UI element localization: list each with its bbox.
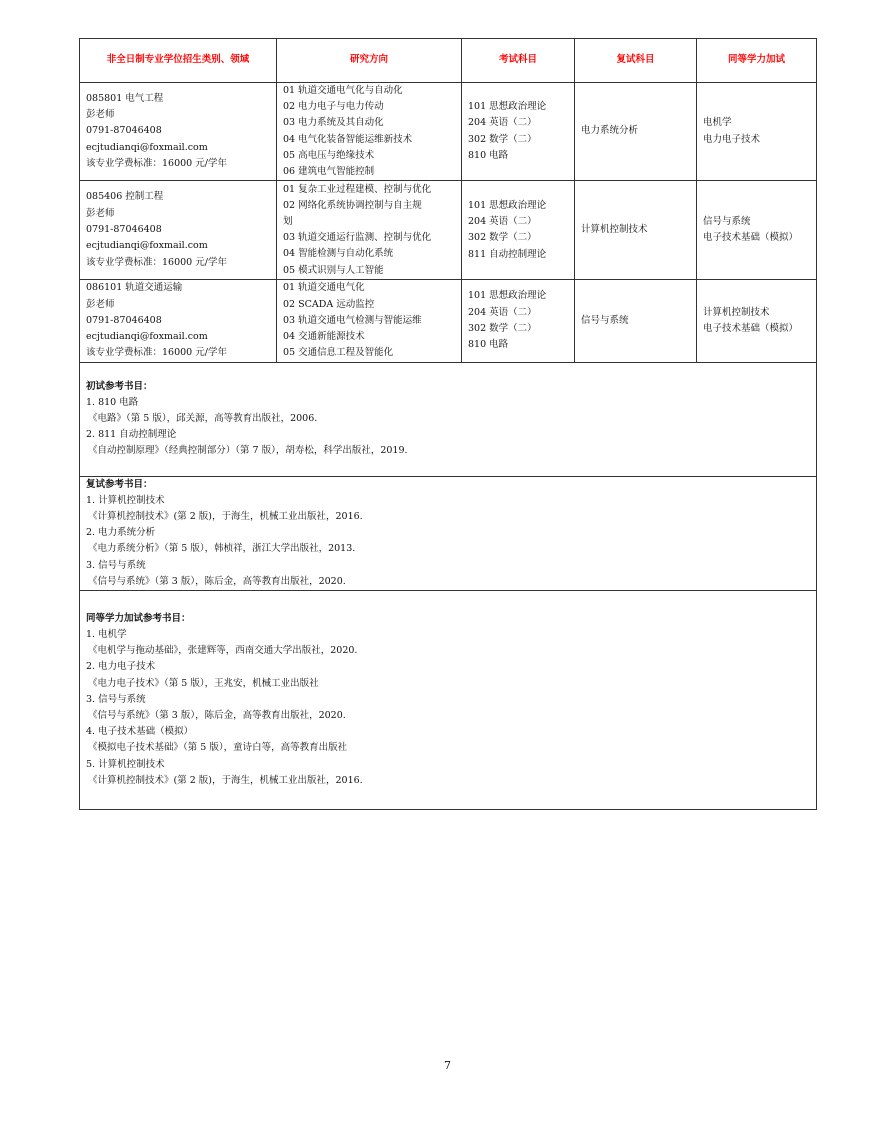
direction-item: 01 复杂工业过程建模、控制与优化 xyxy=(283,182,455,198)
exam-item: 302 数学（二） xyxy=(468,321,568,337)
reference-subject: 2. 811 自动控制理论 xyxy=(86,427,810,443)
header-retest-subjects: 复试科目 xyxy=(575,39,697,83)
contact-name: 彭老师 xyxy=(86,107,270,123)
contact-email: ecjtudianqi@foxmail.com xyxy=(86,140,270,156)
reference-book: 《计算机控制技术》(第 2 版)，于海生，机械工业出版社，2016. xyxy=(86,509,810,525)
direction-item: 06 建筑电气智能控制 xyxy=(283,164,455,180)
exam-item: 204 英语（二） xyxy=(468,305,568,321)
direction-item: 02 网络化系统协调控制与自主规 xyxy=(283,198,455,214)
program-cell: 086101 轨道交通运输 彭老师 0791-87046408 ecjtudia… xyxy=(80,280,277,362)
exams-cell: 101 思想政治理论 204 英语（二） 302 数学（二） 810 电路 xyxy=(462,280,575,362)
reference-subject: 2. 电力电子技术 xyxy=(86,659,810,675)
extra-cell: 电机学 电力电子技术 xyxy=(697,83,817,181)
direction-item: 03 轨道交通电气检测与智能运维 xyxy=(283,313,455,329)
contact-email: ecjtudianqi@foxmail.com xyxy=(86,329,270,345)
retest-subject: 电力系统分析 xyxy=(581,123,690,139)
header-equivalent-extra: 同等学力加试 xyxy=(697,39,817,83)
section-row: 初试参考书目： 1. 810 电路 《电路》（第 5 版），邱关源，高等教育出版… xyxy=(80,362,817,476)
program-cell: 085801 电气工程 彭老师 0791-87046408 ecjtudianq… xyxy=(80,83,277,181)
reference-subject: 1. 计算机控制技术 xyxy=(86,493,810,509)
retest-cell: 电力系统分析 xyxy=(575,83,697,181)
extra-item: 计算机控制技术 xyxy=(703,305,810,321)
retest-references-section: 复试参考书目： 1. 计算机控制技术 《计算机控制技术》(第 2 版)，于海生，… xyxy=(80,476,817,590)
reference-subject: 1. 电机学 xyxy=(86,627,810,643)
contact-name: 彭老师 xyxy=(86,297,270,313)
direction-item: 04 交通新能源技术 xyxy=(283,329,455,345)
equivalent-references-section: 同等学力加试参考书目： 1. 电机学 《电机学与拖动基础》，张建辉等，西南交通大… xyxy=(80,590,817,809)
contact-name: 彭老师 xyxy=(86,206,270,222)
reference-subject: 3. 信号与系统 xyxy=(86,558,810,574)
directions-cell: 01 轨道交通电气化 02 SCADA 远动监控 03 轨道交通电气检测与智能运… xyxy=(277,280,462,362)
direction-item: 02 SCADA 远动监控 xyxy=(283,297,455,313)
reference-book: 《自动控制原理》（经典控制部分）（第 7 版），胡寿松，科学出版社，2019. xyxy=(86,443,810,459)
retest-subject: 计算机控制技术 xyxy=(581,222,690,238)
contact-phone: 0791-87046408 xyxy=(86,313,270,329)
reference-subject: 3. 信号与系统 xyxy=(86,692,810,708)
direction-item: 03 轨道交通运行监测、控制与优化 xyxy=(283,230,455,246)
exams-cell: 101 思想政治理论 204 英语（二） 302 数学（二） 811 自动控制理… xyxy=(462,181,575,280)
direction-item: 04 智能检测与自动化系统 xyxy=(283,246,455,262)
direction-item: 04 电气化装备智能运维新技术 xyxy=(283,132,455,148)
exam-item: 101 思想政治理论 xyxy=(468,288,568,304)
exams-cell: 101 思想政治理论 204 英语（二） 302 数学（二） 810 电路 xyxy=(462,83,575,181)
direction-item: 05 模式识别与人工智能 xyxy=(283,263,455,279)
extra-item: 信号与系统 xyxy=(703,214,810,230)
reference-book: 《电机学与拖动基础》，张建辉等，西南交通大学出版社，2020. xyxy=(86,643,810,659)
direction-item: 划 xyxy=(283,214,455,230)
exam-item: 204 英语（二） xyxy=(468,214,568,230)
extra-item: 电力电子技术 xyxy=(703,132,810,148)
section-title: 同等学力加试参考书目： xyxy=(86,611,810,627)
page-number: 7 xyxy=(0,1059,895,1072)
contact-phone: 0791-87046408 xyxy=(86,123,270,139)
reference-subject: 4. 电子技术基础（模拟） xyxy=(86,724,810,740)
prelim-references-section: 初试参考书目： 1. 810 电路 《电路》（第 5 版），邱关源，高等教育出版… xyxy=(80,362,817,476)
header-exam-subjects: 考试科目 xyxy=(462,39,575,83)
document-page: 非全日制专业学位招生类别、领域 研究方向 考试科目 复试科目 同等学力加试 08… xyxy=(0,0,895,1141)
direction-item: 01 轨道交通电气化 xyxy=(283,280,455,296)
table-row: 086101 轨道交通运输 彭老师 0791-87046408 ecjtudia… xyxy=(80,280,817,362)
reference-book: 《电力电子技术》（第 5 版），王兆安，机械工业出版社 xyxy=(86,676,810,692)
extra-item: 电子技术基础（模拟） xyxy=(703,321,810,337)
tuition: 该专业学费标准：16000 元/学年 xyxy=(86,156,270,172)
admissions-table: 非全日制专业学位招生类别、领域 研究方向 考试科目 复试科目 同等学力加试 08… xyxy=(79,38,817,810)
program-code-name: 085801 电气工程 xyxy=(86,91,270,107)
reference-book: 《模拟电子技术基础》（第 5 版），童诗白等，高等教育出版社 xyxy=(86,740,810,756)
tuition: 该专业学费标准：16000 元/学年 xyxy=(86,345,270,361)
table-row: 085406 控制工程 彭老师 0791-87046408 ecjtudianq… xyxy=(80,181,817,280)
extra-cell: 信号与系统 电子技术基础（模拟） xyxy=(697,181,817,280)
extra-item: 电机学 xyxy=(703,115,810,131)
reference-book: 《电力系统分析》（第 5 版），韩桢祥，浙江大学出版社，2013. xyxy=(86,541,810,557)
reference-book: 《信号与系统》（第 3 版），陈后金，高等教育出版社，2020. xyxy=(86,708,810,724)
exam-item: 204 英语（二） xyxy=(468,115,568,131)
directions-cell: 01 复杂工业过程建模、控制与优化 02 网络化系统协调控制与自主规 划 03 … xyxy=(277,181,462,280)
exam-item: 810 电路 xyxy=(468,148,568,164)
reference-subject: 2. 电力系统分析 xyxy=(86,525,810,541)
exam-item: 302 数学（二） xyxy=(468,132,568,148)
reference-subject: 5. 计算机控制技术 xyxy=(86,757,810,773)
reference-subject: 1. 810 电路 xyxy=(86,395,810,411)
section-row: 复试参考书目： 1. 计算机控制技术 《计算机控制技术》(第 2 版)，于海生，… xyxy=(80,476,817,590)
direction-item: 02 电力电子与电力传动 xyxy=(283,99,455,115)
reference-book: 《电路》（第 5 版），邱关源，高等教育出版社，2006. xyxy=(86,411,810,427)
contact-phone: 0791-87046408 xyxy=(86,222,270,238)
exam-item: 101 思想政治理论 xyxy=(468,198,568,214)
extra-item: 电子技术基础（模拟） xyxy=(703,230,810,246)
direction-item: 05 高电压与绝缘技术 xyxy=(283,148,455,164)
header-category: 非全日制专业学位招生类别、领域 xyxy=(80,39,277,83)
direction-item: 05 交通信息工程及智能化 xyxy=(283,345,455,361)
program-code-name: 086101 轨道交通运输 xyxy=(86,280,270,296)
exam-item: 811 自动控制理论 xyxy=(468,247,568,263)
exam-item: 810 电路 xyxy=(468,337,568,353)
exam-item: 101 思想政治理论 xyxy=(468,99,568,115)
section-title: 复试参考书目： xyxy=(86,477,810,493)
retest-cell: 计算机控制技术 xyxy=(575,181,697,280)
table-header-row: 非全日制专业学位招生类别、领域 研究方向 考试科目 复试科目 同等学力加试 xyxy=(80,39,817,83)
retest-subject: 信号与系统 xyxy=(581,313,690,329)
reference-book: 《计算机控制技术》(第 2 版)，于海生，机械工业出版社，2016. xyxy=(86,773,810,789)
program-cell: 085406 控制工程 彭老师 0791-87046408 ecjtudianq… xyxy=(80,181,277,280)
section-title: 初试参考书目： xyxy=(86,379,810,395)
header-research-direction: 研究方向 xyxy=(277,39,462,83)
program-code-name: 085406 控制工程 xyxy=(86,189,270,205)
extra-cell: 计算机控制技术 电子技术基础（模拟） xyxy=(697,280,817,362)
direction-item: 03 电力系统及其自动化 xyxy=(283,115,455,131)
retest-cell: 信号与系统 xyxy=(575,280,697,362)
reference-book: 《信号与系统》（第 3 版），陈后金，高等教育出版社，2020. xyxy=(86,574,810,590)
contact-email: ecjtudianqi@foxmail.com xyxy=(86,238,270,254)
direction-item: 01 轨道交通电气化与自动化 xyxy=(283,83,455,99)
tuition: 该专业学费标准：16000 元/学年 xyxy=(86,255,270,271)
table-row: 085801 电气工程 彭老师 0791-87046408 ecjtudianq… xyxy=(80,83,817,181)
section-row: 同等学力加试参考书目： 1. 电机学 《电机学与拖动基础》，张建辉等，西南交通大… xyxy=(80,590,817,809)
directions-cell: 01 轨道交通电气化与自动化 02 电力电子与电力传动 03 电力系统及其自动化… xyxy=(277,83,462,181)
exam-item: 302 数学（二） xyxy=(468,230,568,246)
